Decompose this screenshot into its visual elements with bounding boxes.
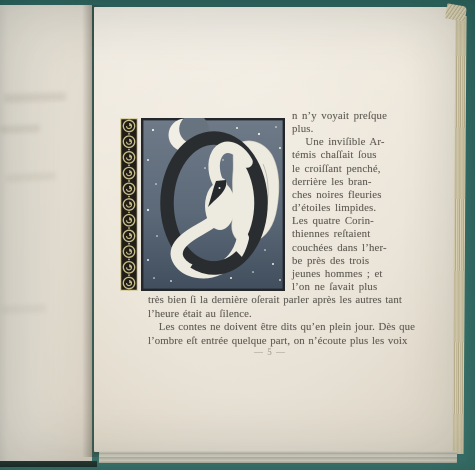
swan-initial-o-icon [141,118,285,291]
fore-edge-bottom [99,451,457,463]
fore-edge-corner [445,3,467,21]
book-photo: n n’y voyait preſque plus. Une inviſible… [0,0,475,470]
wrapped-paragraph: n n’y voyait preſque plus. Une inviſible… [292,110,442,294]
show-through-smudge [2,304,46,314]
show-through-smudge [0,124,40,133]
drop-cap-illustration [120,118,285,291]
paragraph-continuation: très bien ſi la dernière oſerait parler … [148,294,442,348]
right-page: n n’y voyait preſque plus. Une inviſible… [94,7,456,452]
page-number: — 5 — [124,347,416,357]
ornament-border-icon [120,118,138,291]
show-through-smudge [4,92,66,103]
book-cover-edge [0,461,97,467]
left-page [0,5,92,462]
show-through-smudge [6,172,56,183]
fore-edge-right [452,16,466,454]
